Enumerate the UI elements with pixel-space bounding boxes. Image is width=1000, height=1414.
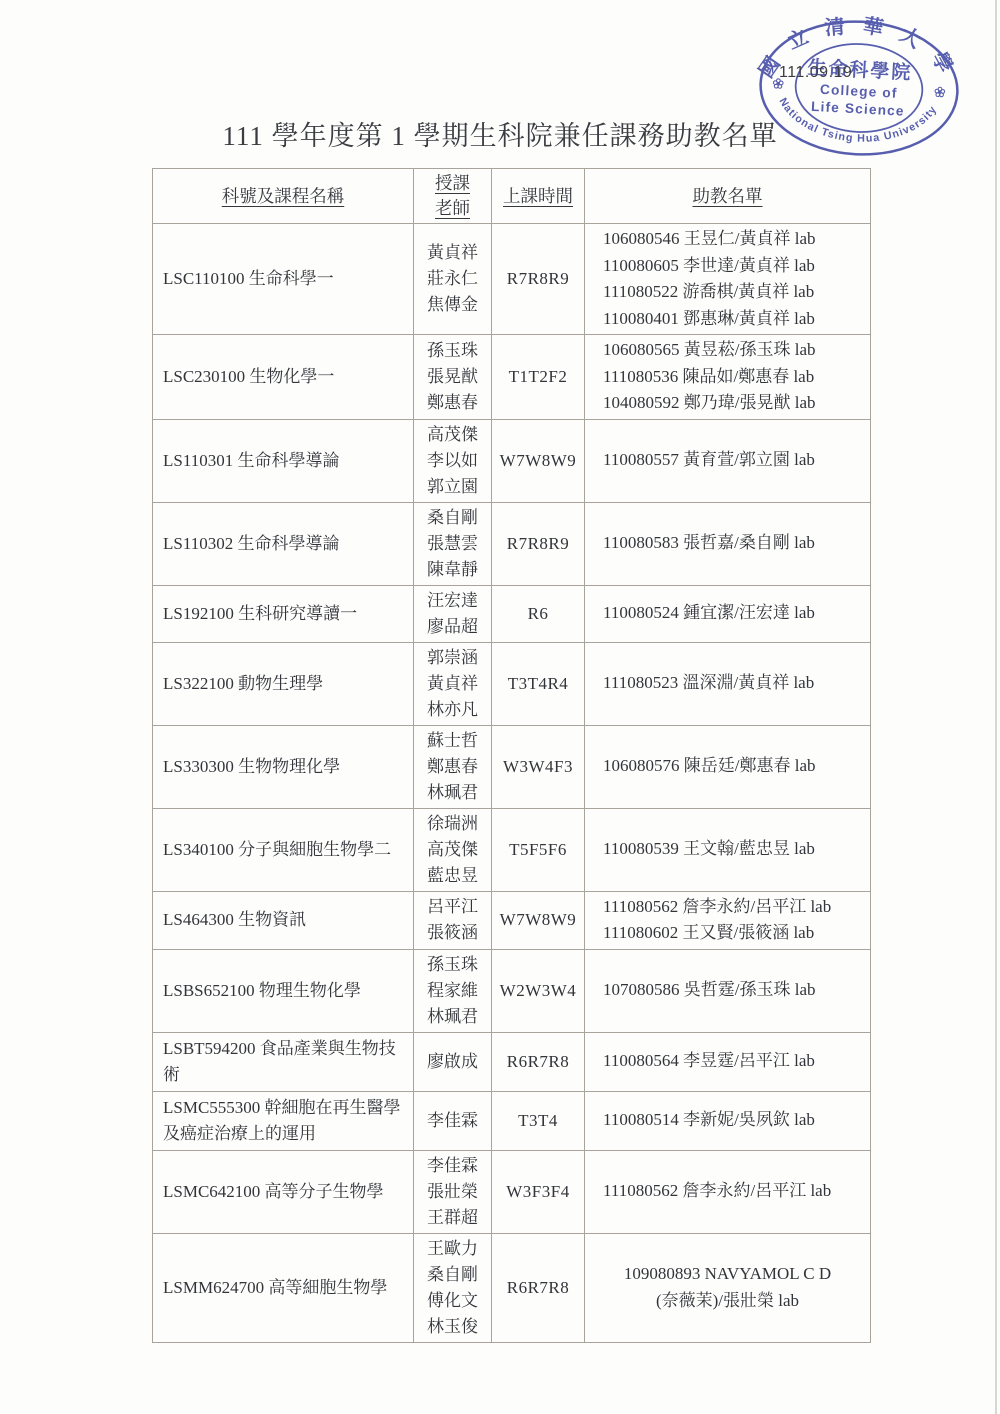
teachers-cell: 汪宏達廖品超	[414, 585, 492, 642]
ta-entry: 111080522 游喬棋/黃貞祥 lab	[603, 279, 870, 306]
table-row: LSMC642100 高等分子生物學李佳霖張壯榮王群超W3F3F41110805…	[153, 1150, 871, 1233]
course-name: LS330300 生物物理化學	[163, 754, 405, 780]
teachers-cell: 孫玉珠程家維林珮君	[414, 949, 492, 1032]
teacher-name: 高茂傑	[414, 837, 491, 863]
teacher-name: 黃貞祥	[414, 240, 491, 266]
teacher-name: 藍忠昱	[414, 863, 491, 889]
table-row: LS192100 生科研究導讀一汪宏達廖品超R6110080524 鍾宜潔/汪宏…	[153, 585, 871, 642]
teachers-cell: 呂平江張筱涵	[414, 891, 492, 949]
column-header: 上課時間	[492, 169, 585, 224]
course-name: LS192100 生科研究導讀一	[163, 601, 405, 627]
column-header: 助教名單	[585, 169, 871, 224]
teacher-name: 林珮君	[414, 1004, 491, 1030]
ta-entry: 110080583 張哲嘉/桑自剛 lab	[603, 530, 870, 557]
table-row: LS330300 生物物理化學蘇士哲鄭惠春林珮君W3W4F3106080576 …	[153, 725, 871, 808]
teacher-name: 焦傳金	[414, 292, 491, 318]
teacher-name: 李佳霖	[414, 1108, 491, 1134]
course-cell: LS330300 生物物理化學	[153, 725, 414, 808]
class-time-cell: R6	[492, 585, 585, 642]
ta-list-cell: 110080539 王文翰/藍忠昱 lab	[585, 808, 871, 891]
ta-list-cell: 106080565 黃昱菘/孫玉珠 lab111080536 陳品如/鄭惠春 l…	[585, 335, 871, 420]
teachers-cell: 廖啟成	[414, 1032, 492, 1091]
teacher-name: 王群超	[414, 1205, 491, 1231]
column-header-label: 助教名單	[693, 184, 763, 209]
ta-list-cell: 107080586 吳哲霆/孫玉珠 lab	[585, 949, 871, 1032]
course-cell: LSC230100 生物化學一	[153, 335, 414, 420]
table-body: LSC110100 生命科學一黃貞祥莊永仁焦傳金R7R8R9106080546 …	[153, 224, 871, 1343]
table-row: LS110301 生命科學導論高茂傑李以如郭立園W7W8W9110080557 …	[153, 419, 871, 502]
teachers-cell: 王歐力桑自剛傅化文林玉俊	[414, 1233, 492, 1342]
ta-list-cell: 111080562 詹李永約/呂平江 lab111080602 王又賢/張筱涵 …	[585, 891, 871, 949]
table-row: LSC230100 生物化學一孫玉珠張晃猷鄭惠春T1T2F2106080565 …	[153, 335, 871, 420]
ta-entry: 110080557 黃育萱/郭立園 lab	[603, 447, 870, 474]
ta-list-cell: 111080562 詹李永約/呂平江 lab	[585, 1150, 871, 1233]
class-time-cell: T1T2F2	[492, 335, 585, 420]
teacher-name: 林珮君	[414, 780, 491, 806]
table-row: LS340100 分子與細胞生物學二徐瑞洲高茂傑藍忠昱T5F5F61100805…	[153, 808, 871, 891]
teacher-name: 廖啟成	[414, 1049, 491, 1075]
ta-entry: 106080565 黃昱菘/孫玉珠 lab	[603, 337, 870, 364]
class-time-cell: T5F5F6	[492, 808, 585, 891]
teachers-cell: 李佳霖張壯榮王群超	[414, 1150, 492, 1233]
teachers-cell: 郭崇涵黃貞祥林亦凡	[414, 642, 492, 725]
ta-list-cell: 110080564 李昱霆/呂平江 lab	[585, 1032, 871, 1091]
class-time-cell: W3W4F3	[492, 725, 585, 808]
table-row: LSBS652100 物理生物化學孫玉珠程家維林珮君W2W3W410708058…	[153, 949, 871, 1032]
teacher-name: 林玉俊	[414, 1314, 491, 1340]
table-row: LSC110100 生命科學一黃貞祥莊永仁焦傳金R7R8R9106080546 …	[153, 224, 871, 335]
course-name: LS110302 生命科學導論	[163, 531, 405, 557]
ta-entry: 111080536 陳品如/鄭惠春 lab	[603, 364, 870, 391]
teacher-name: 桑自剛	[414, 1262, 491, 1288]
course-cell: LSC110100 生命科學一	[153, 224, 414, 335]
table-header-row: 科號及課程名稱授課老師上課時間助教名單	[153, 169, 871, 224]
class-time-cell: W2W3W4	[492, 949, 585, 1032]
table-header: 科號及課程名稱授課老師上課時間助教名單	[153, 169, 871, 224]
class-time-cell: R7R8R9	[492, 224, 585, 335]
ta-list-cell: 110080514 李新妮/吳夙欽 lab	[585, 1091, 871, 1150]
course-cell: LSMC642100 高等分子生物學	[153, 1150, 414, 1233]
course-cell: LS340100 分子與細胞生物學二	[153, 808, 414, 891]
ta-entry: 110080401 鄧惠琳/黃貞祥 lab	[603, 306, 870, 333]
teacher-name: 傅化文	[414, 1288, 491, 1314]
ta-entry: 107080586 吳哲霆/孫玉珠 lab	[603, 977, 870, 1004]
ta-entry: 111080523 溫深淵/黃貞祥 lab	[603, 670, 870, 697]
teacher-name: 莊永仁	[414, 266, 491, 292]
teacher-name: 張慧雲	[414, 531, 491, 557]
column-header-label: 授課	[435, 171, 470, 196]
course-name: LS110301 生命科學導論	[163, 448, 405, 474]
teacher-name: 鄭惠春	[414, 754, 491, 780]
table-row: LSMC555300 幹細胞在再生醫學及癌症治療上的運用李佳霖T3T411008…	[153, 1091, 871, 1150]
teacher-name: 徐瑞洲	[414, 811, 491, 837]
course-name: LSC230100 生物化學一	[163, 364, 405, 390]
teachers-cell: 孫玉珠張晃猷鄭惠春	[414, 335, 492, 420]
class-time-cell: R6R7R8	[492, 1233, 585, 1342]
class-time-cell: W3F3F4	[492, 1150, 585, 1233]
ta-entry: 109080893 NAVYAMOL C D	[585, 1261, 870, 1288]
ta-list-cell: 106080546 王昱仁/黃貞祥 lab110080605 李世達/黃貞祥 l…	[585, 224, 871, 335]
teachers-cell: 蘇士哲鄭惠春林珮君	[414, 725, 492, 808]
course-name: LSMC642100 高等分子生物學	[163, 1179, 405, 1205]
table-row: LS110302 生命科學導論桑自剛張慧雲陳韋靜R7R8R9110080583 …	[153, 502, 871, 585]
teacher-name: 李以如	[414, 448, 491, 474]
teachers-cell: 桑自剛張慧雲陳韋靜	[414, 502, 492, 585]
ta-roster-table: 科號及課程名稱授課老師上課時間助教名單 LSC110100 生命科學一黃貞祥莊永…	[152, 168, 871, 1343]
ta-entry: 106080576 陳岳廷/鄭惠春 lab	[603, 753, 870, 780]
course-name: LS340100 分子與細胞生物學二	[163, 837, 405, 863]
stamp-college-en-1: College of	[820, 82, 898, 101]
table-row: LS322100 動物生理學郭崇涵黃貞祥林亦凡T3T4R4111080523 溫…	[153, 642, 871, 725]
document-page: 國立清華大學 National Tsing Hua University 生命科…	[0, 0, 1000, 1414]
column-header-label: 上課時間	[503, 184, 573, 209]
teacher-name: 蘇士哲	[414, 728, 491, 754]
teacher-name: 桑自剛	[414, 505, 491, 531]
class-time-cell: R7R8R9	[492, 502, 585, 585]
teachers-cell: 徐瑞洲高茂傑藍忠昱	[414, 808, 492, 891]
ta-list-cell: 110080583 張哲嘉/桑自剛 lab	[585, 502, 871, 585]
course-name: LS322100 動物生理學	[163, 671, 405, 697]
teacher-name: 鄭惠春	[414, 390, 491, 416]
teacher-name: 李佳霖	[414, 1153, 491, 1179]
table-row: LSMM624700 高等細胞生物學王歐力桑自剛傅化文林玉俊R6R7R81090…	[153, 1233, 871, 1342]
course-cell: LSMC555300 幹細胞在再生醫學及癌症治療上的運用	[153, 1091, 414, 1150]
course-name: LSMC555300 幹細胞在再生醫學及癌症治療上的運用	[163, 1095, 405, 1147]
teacher-name: 呂平江	[414, 894, 491, 920]
table-row: LS464300 生物資訊呂平江張筱涵W7W8W9111080562 詹李永約/…	[153, 891, 871, 949]
ta-entry: 104080592 鄭乃瑋/張晃猷 lab	[603, 390, 870, 417]
ta-entry: 110080564 李昱霆/呂平江 lab	[603, 1048, 870, 1075]
ta-list-cell: 106080576 陳岳廷/鄭惠春 lab	[585, 725, 871, 808]
ta-entry: 106080546 王昱仁/黃貞祥 lab	[603, 226, 870, 253]
ta-list-cell: 109080893 NAVYAMOL C D(奈薇茉)/張壯榮 lab	[585, 1233, 871, 1342]
course-cell: LSMM624700 高等細胞生物學	[153, 1233, 414, 1342]
teacher-name: 汪宏達	[414, 588, 491, 614]
ta-entry: 110080524 鍾宜潔/汪宏達 lab	[603, 600, 870, 627]
teacher-name: 張壯榮	[414, 1179, 491, 1205]
class-time-cell: R6R7R8	[492, 1032, 585, 1091]
course-cell: LS464300 生物資訊	[153, 891, 414, 949]
ta-entry: 110080514 李新妮/吳夙欽 lab	[603, 1107, 870, 1134]
course-name: LSC110100 生命科學一	[163, 266, 405, 292]
column-header-label: 老師	[414, 196, 491, 221]
ta-entry: 110080539 王文翰/藍忠昱 lab	[603, 836, 870, 863]
ta-entry: 110080605 李世達/黃貞祥 lab	[603, 253, 870, 280]
ta-list-cell: 110080557 黃育萱/郭立園 lab	[585, 419, 871, 502]
teacher-name: 郭崇涵	[414, 645, 491, 671]
course-cell: LS192100 生科研究導讀一	[153, 585, 414, 642]
table-row: LSBT594200 食品產業與生物技術廖啟成R6R7R8110080564 李…	[153, 1032, 871, 1091]
teacher-name: 孫玉珠	[414, 952, 491, 978]
column-header: 科號及課程名稱	[153, 169, 414, 224]
column-header-label: 科號及課程名稱	[222, 184, 345, 209]
class-time-cell: T3T4	[492, 1091, 585, 1150]
scan-edge-artifact	[995, 0, 997, 1414]
teacher-name: 林亦凡	[414, 697, 491, 723]
course-name: LS464300 生物資訊	[163, 907, 405, 933]
teacher-name: 程家維	[414, 978, 491, 1004]
teacher-name: 黃貞祥	[414, 671, 491, 697]
teachers-cell: 黃貞祥莊永仁焦傳金	[414, 224, 492, 335]
class-time-cell: W7W8W9	[492, 419, 585, 502]
course-cell: LS110301 生命科學導論	[153, 419, 414, 502]
column-header: 授課老師	[414, 169, 492, 224]
teacher-name: 高茂傑	[414, 422, 491, 448]
teachers-cell: 高茂傑李以如郭立園	[414, 419, 492, 502]
teacher-name: 王歐力	[414, 1236, 491, 1262]
course-name: LSBS652100 物理生物化學	[163, 978, 405, 1004]
teacher-name: 孫玉珠	[414, 338, 491, 364]
course-cell: LSBT594200 食品產業與生物技術	[153, 1032, 414, 1091]
page-title: 111 學年度第 1 學期生科院兼任課務助教名單	[0, 114, 1000, 153]
course-name: LSBT594200 食品產業與生物技術	[163, 1036, 405, 1088]
course-name: LSMM624700 高等細胞生物學	[163, 1275, 405, 1301]
ta-entry: 111080602 王又賢/張筱涵 lab	[603, 920, 870, 947]
course-cell: LS110302 生命科學導論	[153, 502, 414, 585]
stamp-date: 111.09.19	[779, 64, 852, 82]
teacher-name: 郭立園	[414, 474, 491, 500]
course-cell: LS322100 動物生理學	[153, 642, 414, 725]
teacher-name: 張晃猷	[414, 364, 491, 390]
teacher-name: 張筱涵	[414, 920, 491, 946]
ta-list-cell: 110080524 鍾宜潔/汪宏達 lab	[585, 585, 871, 642]
class-time-cell: T3T4R4	[492, 642, 585, 725]
ta-entry: 111080562 詹李永約/呂平江 lab	[603, 894, 870, 921]
teachers-cell: 李佳霖	[414, 1091, 492, 1150]
teacher-name: 陳韋靜	[414, 557, 491, 583]
class-time-cell: W7W8W9	[492, 891, 585, 949]
ta-entry: 111080562 詹李永約/呂平江 lab	[603, 1178, 870, 1205]
ta-list-cell: 111080523 溫深淵/黃貞祥 lab	[585, 642, 871, 725]
teacher-name: 廖品超	[414, 614, 491, 640]
ta-entry: (奈薇茉)/張壯榮 lab	[585, 1288, 870, 1315]
course-cell: LSBS652100 物理生物化學	[153, 949, 414, 1032]
